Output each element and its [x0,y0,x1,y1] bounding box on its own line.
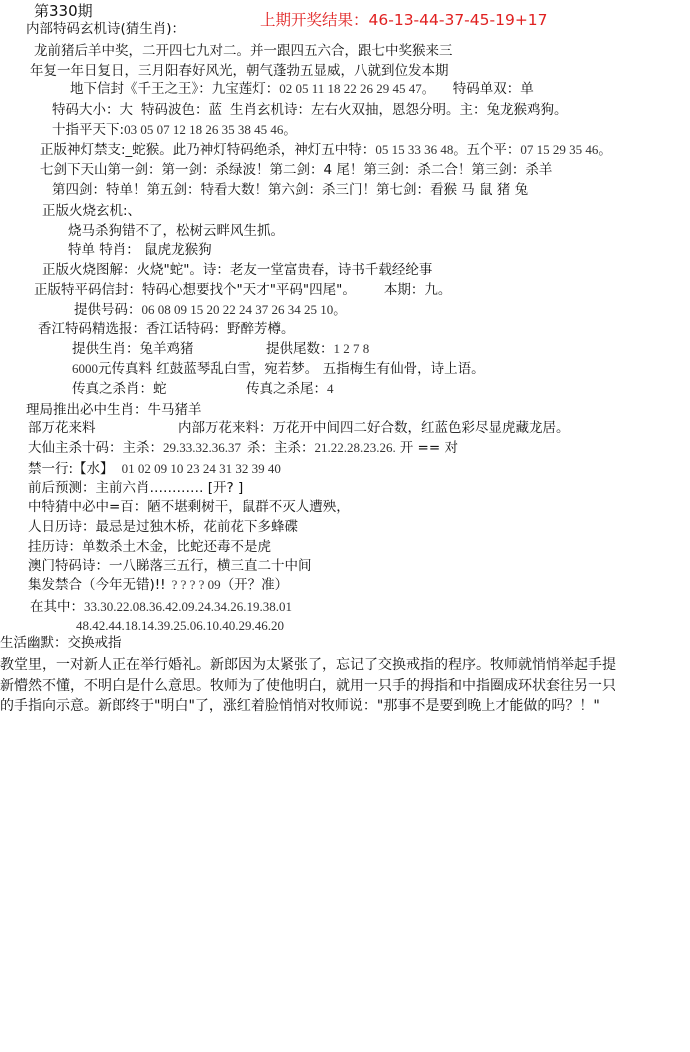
issue-title: 第330期 [34,2,93,20]
fax-material: 6000元传真料 红鼓蓝琴乱白雪，宛若梦。 五指梅生有仙骨，诗上语。 [72,360,485,378]
ten-fingers-numbers: 03 05 07 12 18 26 35 38 45 46。 [124,122,296,137]
underground-envelope: 地下信封《千王之王》：九宝莲灯：02 05 11 18 22 26 29 45 … [70,80,534,98]
among-label: 在其中： [30,599,84,615]
underground-numbers: 02 05 11 18 22 26 29 45 47。 [279,81,435,96]
xiangjiang-heading: 香江特码精选报：香江话特码：野醉芳樽。 [38,320,295,338]
size-color-row: 特码大小：大特码波色：蓝生肖玄机诗：左右火双抽，恩怨分明。主：兔龙猴鸡狗。 [52,101,568,119]
ten-fingers: 十指平天下:03 05 07 12 18 26 35 38 45 46。 [52,121,296,139]
daxian-label-2: 杀：主杀： [247,440,315,456]
humor-line-1: 教堂里，一对新人正在举行婚礼。新郎因为太紧张了，忘记了交换戒指的程序。牧师就悄悄… [0,656,616,674]
poem-heading: 内部特码玄机诗(猜生肖)： [26,20,185,38]
provide-label: 提供号码： [74,302,142,318]
flat-envelope: 正版特平码信封：特码心想要找个"天才"平码"四尾"。本期：九。 [34,281,451,299]
wanhua-left: 部万花来料 [28,419,96,437]
divine-lamp: 正版神灯禁支:_蛇猴。此乃神灯特码绝杀，神灯五中特：05 15 33 36 48… [40,141,611,159]
zodiac-poem-label: 生肖玄机诗： [230,102,311,118]
underground-label: 地下信封《千王之王》：九宝莲灯： [70,81,279,97]
among-row-1: 在其中：33.30.22.08.36.42.09.24.34.26.19.38.… [30,598,292,616]
fire-diagram: 正版火烧图解：火烧"蛇"。诗：老友一堂富贵春，诗书千载经纶事 [42,261,432,279]
collect-suffix: （开？准） [221,577,289,593]
daxian-label: 大仙主杀十码：主杀： [28,440,163,456]
daxian-numbers-1: 29.33.32.36.37 [163,440,241,455]
size-value: 大 [120,102,134,118]
daxian-suffix: 开 == 对 [400,440,458,456]
lamp-label: 正版神灯禁支:_蛇猴。此乃神灯特码绝杀，神灯五中特： [40,142,375,158]
collect-forbidden: 集发禁合（今年无错)!!? ? ? ? 09（开？准） [28,576,288,594]
ten-fingers-label: 十指平天下: [52,122,124,138]
fax-amount: 6000 [72,361,98,376]
lamp-numbers: 05 15 33 36 48。 [375,142,466,157]
flat-envelope-text: 正版特平码信封：特码心想要找个"天才"平码"四尾"。 [34,282,356,298]
wanhua-right: 内部万花来料：万花开中间四二好合数，红蓝色彩尽显虎藏龙居。 [178,419,570,437]
among-row-2: 48.42.44.18.14.39.25.06.10.40.29.46.20 [76,617,284,635]
reasoning-zodiac: 理局推出必中生肖：牛马猪羊 [26,401,202,419]
odd-even-value: 单 [520,81,534,97]
color-label: 特码波色： [141,102,209,118]
five-flat-label: 五个平： [466,142,520,158]
fax-kill-zodiac: 传真之杀肖：蛇 [72,380,167,398]
fire-verse: 烧马杀狗错不了，松树云畔风生抓。 [68,222,284,240]
five-flat-numbers: 07 15 29 35 46。 [520,142,611,157]
xiangjiang-tail: 提供尾数：1 2 7 8 [266,340,369,358]
color-value: 蓝 [209,102,223,118]
humor-line-2: 新懵然不懂，不明白是什么意思。牧师为了使他明白，就用一只手的拇指和中指圈成环状套… [0,677,616,695]
poem-line-2: 年复一年日复日，三月阳春好风光，朝气蓬勃五显威，八就到位发本期 [30,62,449,80]
period-label: 本期： [384,282,425,298]
among-numbers-1: 33.30.22.08.36.42.09.24.34.26.19.38.01 [84,599,292,614]
kill-tail-value: 4 [327,381,334,396]
tail-label: 提供尾数： [266,341,334,357]
seven-swords-line-1: 七剑下天山第一剑：第一剑：杀绿波！第二剑：4 尾！第三剑：杀二合！第三剑：杀羊 [40,161,552,179]
last-result-label: 上期开奖结果： [260,11,369,29]
forbidden-row: 禁一行:【水】01 02 09 10 23 24 31 32 39 40 [28,460,281,478]
kill-tail-label: 传真之杀尾： [246,381,327,397]
calendar-poem: 人日历诗：最忌是过独木桥，花前花下多蜂碟 [28,518,298,536]
collect-text: 集发禁合（今年无错)!! [28,577,166,593]
last-result: 上期开奖结果：46-13-44-37-45-19+17 [260,11,548,29]
collect-marks: ? ? ? ? 09 [172,577,221,592]
period-value: 九。 [424,282,451,298]
humor-line-3: 的手指向示意。新郎终于"明白"了，涨红着脸悄悄对牧师说："那事不是要到晚上才能做… [0,697,600,715]
forbidden-numbers: 01 02 09 10 23 24 31 32 39 40 [122,461,281,476]
odd-even-label: 特码单双： [453,81,521,97]
provide-numbers-value: 06 08 09 15 20 22 24 37 26 34 25 10。 [142,302,347,317]
humor-heading: 生活幽默：交换戒指 [0,634,122,652]
size-label: 特码大小： [52,102,120,118]
forbidden-label: 禁一行:【水】 [28,461,114,477]
forecast: 前后预测：主前六肖………… [开? ] [28,479,243,497]
fax-text: 元传真料 红鼓蓝琴乱白雪，宛若梦。 五指梅生有仙骨，诗上语。 [98,361,485,377]
macau-poem: 澳门特码诗：一八睇落三五行，横三直二十中间 [28,557,312,575]
last-result-numbers: 46-13-44-37-45-19+17 [369,11,548,29]
zodiac-poem-value: 左右火双抽，恩怨分明。主：兔龙猴鸡狗。 [311,102,568,118]
fire-special: 特单 特肖： 鼠虎龙猴狗 [68,241,212,259]
provide-numbers: 提供号码：06 08 09 15 20 22 24 37 26 34 25 10… [74,301,346,319]
tail-numbers: 1 2 7 8 [334,341,370,356]
xiangjiang-zodiac: 提供生肖：兔羊鸡猪 [72,340,194,358]
daxian-numbers-2: 21.22.28.23.26. [315,440,396,455]
seven-swords-line-2: 第四剑：特单！第五剑：特看大数！第六剑：杀三门！第七剑：看猴 马 鼠 猪 兔 [52,181,528,199]
hanging-calendar-poem: 挂历诗：单数杀土木金，比蛇还毒不是虎 [28,538,271,556]
poem-line-1: 龙前猪后羊中奖，二开四七九对二。并一跟四五六合，跟七中奖猴来三 [34,42,453,60]
fax-kill-tail: 传真之杀尾：4 [246,380,334,398]
hit-guess: 中特猜中必中=百：陋不堪剩树干，鼠群不灭人遭殃， [28,498,350,516]
fire-heading: 正版火烧玄机:、 [42,202,141,220]
daxian-kill: 大仙主杀十码：主杀：29.33.32.36.37杀：主杀：21.22.28.23… [28,439,458,457]
